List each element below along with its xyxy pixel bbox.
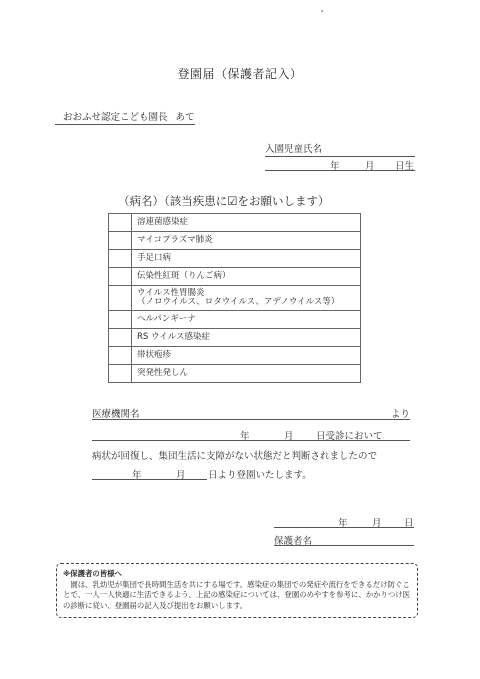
medical-institution-field[interactable]: 医療機関名 より — [92, 406, 410, 420]
return-month-label: 月 — [176, 467, 186, 481]
addressee-line: おおふせ認定こども園長あて — [55, 109, 195, 125]
disease-row: 伝染性紅斑（りんご病） — [109, 268, 361, 286]
birth-year-label: 年 — [330, 158, 340, 172]
visit-year-label: 年 — [240, 428, 250, 442]
visit-date-field[interactable]: 年 月 日受診において — [92, 428, 410, 441]
signature-month-label: 月 — [372, 515, 382, 529]
return-suffix: 日より登園いたします。 — [208, 467, 312, 481]
scan-speck — [321, 10, 323, 12]
return-date-field[interactable]: 年 月 日より登園いたします。 — [92, 467, 412, 480]
disease-label: 伝染性紅斑（りんご病） — [132, 268, 361, 286]
return-year-label: 年 — [132, 467, 142, 481]
guardian-name-label: 保護者名 — [274, 536, 312, 547]
disease-row: ヘルパンギーナ — [109, 311, 361, 329]
notice-heading: ※保護者の皆様へ — [63, 569, 411, 580]
disease-row: 手足口病 — [109, 250, 361, 268]
disease-section-heading: （病名）（該当疾患に☑をお願いします） — [100, 193, 370, 209]
disease-row: マイコプラズマ肺炎 — [109, 232, 361, 250]
disease-row: RS ウイルス感染症 — [109, 329, 361, 347]
disease-checklist: 溶連菌感染症 マイコプラズマ肺炎 手足口病 伝染性紅斑（りんご病） ウイルス性胃… — [108, 213, 361, 383]
notice-body: 園は、乳幼児が集団で長時間生活を共にする場です。感染症の集団での発症や流行をでき… — [63, 580, 411, 612]
addressee-suffix: あて — [176, 112, 195, 123]
disease-checkbox[interactable] — [109, 268, 132, 286]
disease-checkbox[interactable] — [109, 232, 132, 250]
disease-label-sub: （ノロウイルス、ロタウイルス、アデノウイルス等） — [137, 298, 360, 307]
disease-checkbox[interactable] — [109, 286, 132, 311]
disease-label: ヘルパンギーナ — [132, 311, 361, 329]
disease-label: 溶連菌感染症 — [132, 214, 361, 232]
visit-month-label: 月 — [284, 428, 294, 442]
disease-row: 突発性発しん — [109, 365, 361, 383]
disease-label: 手足口病 — [132, 250, 361, 268]
disease-label: マイコプラズマ肺炎 — [132, 232, 361, 250]
disease-row: 帯状疱疹 — [109, 347, 361, 365]
visit-suffix: 日受診において — [316, 428, 383, 442]
disease-checkbox[interactable] — [109, 329, 132, 347]
disease-label: RS ウイルス感染症 — [132, 329, 361, 347]
return-date-underline — [92, 479, 207, 480]
disease-checkbox[interactable] — [109, 365, 132, 383]
signature-year-label: 年 — [338, 515, 348, 529]
medical-institution-label: 医療機関名 — [92, 409, 140, 420]
recovery-statement: 病状が回復し、集団生活に支障がない状態だと判断されましたので — [92, 448, 377, 462]
signature-day-label: 日 — [404, 515, 414, 529]
medical-institution-suffix: より — [391, 406, 410, 420]
disease-row: ウイルス性胃腸炎 （ノロウイルス、ロタウイルス、アデノウイルス等） — [109, 286, 361, 311]
signature-date-field[interactable]: 年 月 日 — [274, 515, 414, 528]
disease-label: 突発性発しん — [132, 365, 361, 383]
guardian-name-field[interactable]: 保護者名 — [274, 533, 414, 546]
birth-month-label: 月 — [365, 158, 375, 172]
birthdate-field[interactable]: 年 月 日生 — [265, 158, 415, 171]
child-name-field[interactable]: 入園児童氏名 — [265, 141, 415, 157]
disease-checkbox[interactable] — [109, 347, 132, 365]
disease-checkbox[interactable] — [109, 311, 132, 329]
disease-label: 帯状疱疹 — [132, 347, 361, 365]
child-name-label: 入園児童氏名 — [265, 144, 322, 155]
guardian-notice-box: ※保護者の皆様へ 園は、乳幼児が集団で長時間生活を共にする場です。感染症の集団で… — [56, 563, 418, 618]
disease-checkbox[interactable] — [109, 214, 132, 232]
disease-row: 溶連菌感染症 — [109, 214, 361, 232]
disease-label: ウイルス性胃腸炎 （ノロウイルス、ロタウイルス、アデノウイルス等） — [132, 286, 361, 311]
addressee-name: おおふせ認定こども園長 — [63, 112, 168, 123]
page-title: 登園届（保護者記入） — [0, 65, 480, 82]
disease-checkbox[interactable] — [109, 250, 132, 268]
birth-day-label: 日生 — [395, 158, 414, 172]
